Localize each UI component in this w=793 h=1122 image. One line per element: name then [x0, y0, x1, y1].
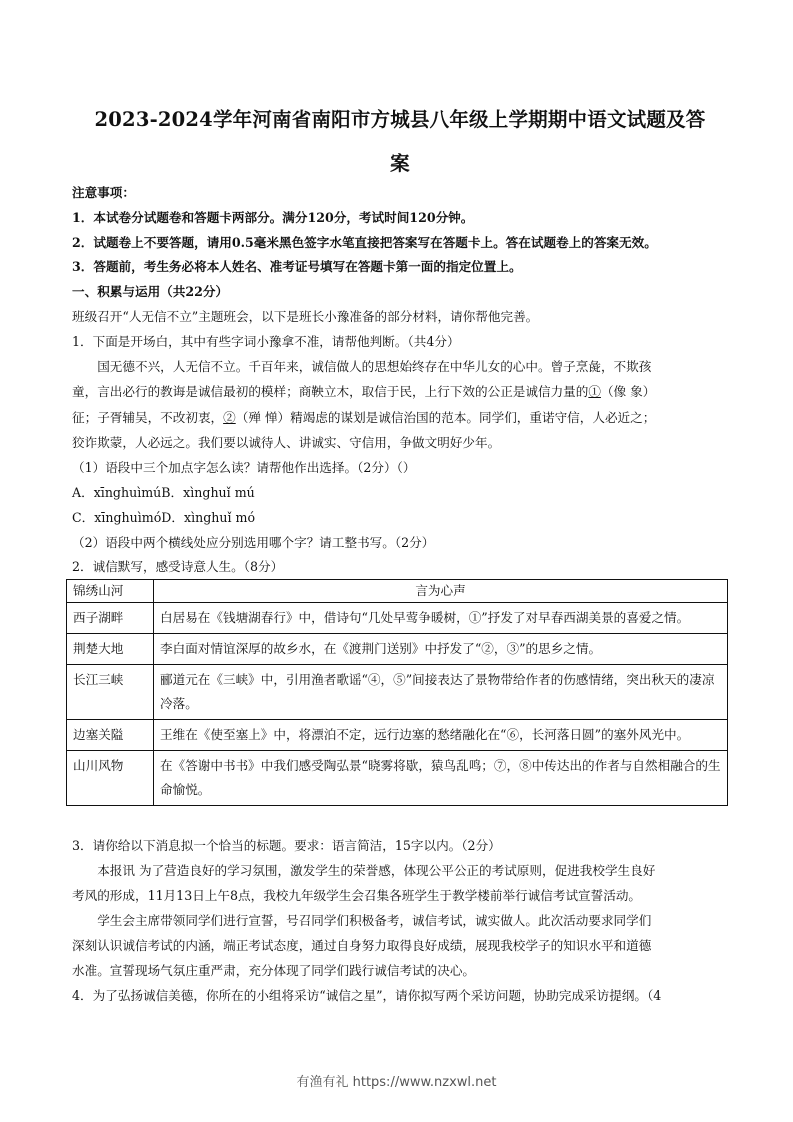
q1-passage-line-4: 狡诈欺蒙，人必远之。我们要以诚待人、讲诚实、守信用，争做文明好少年。: [72, 435, 732, 451]
q3-news-line-3: 学生会主席带领同学们进行宣誓，号召同学们积极备考，诚信考试，诚实做人。此次活动要…: [72, 913, 732, 929]
question-3-stem: 3．请你给以下消息拟一个恰当的标题。要求：语言简洁，15字以内。（2分）: [72, 838, 732, 854]
q1-passage-line-1: 国无德不兴，人无信不立。千百年来，诚信做人的思想始终存在中华儿女的心中。曾子烹彘…: [72, 359, 732, 375]
table-cell-place: 荆楚大地: [67, 634, 154, 665]
q1-options-ab: A．xīnghuìmúB．xìnghuǐ mú: [72, 485, 732, 501]
document-title-line1: 2023-2024学年河南省南阳市方城县八年级上学期期中语文试题及答: [60, 104, 740, 132]
table-row: 长江三峡 郦道元在《三峡》中，引用渔者歌谣“④，⑤”间接表达了景物带给作者的伤感…: [67, 665, 728, 720]
q1-passage-line-3-text: 征；子胥辅吴，不改初衷，: [72, 410, 223, 425]
notice-item-2: 2．试题卷上不要答题，请用0.5毫米黑色签字水笔直接把答案写在答题卡上。答在试题…: [72, 235, 732, 251]
document-title-line2: 案: [60, 148, 740, 176]
q1-passage-line-2: 童，言出必行的教诲是诚信最初的模样；商鞅立木，取信于民，上行下效的公正是诚信力量…: [72, 384, 732, 400]
section-heading: 一、积累与运用（共22分）: [72, 284, 732, 300]
table-cell-text: 郦道元在《三峡》中，引用渔者歌谣“④，⑤”间接表达了景物带给作者的伤感情绪，突出…: [154, 665, 728, 720]
section-intro: 班级召开“人无信不立”主题班会，以下是班长小豫准备的部分材料，请你帮他完善。: [72, 309, 732, 325]
table-cell-place: 西子湖畔: [67, 603, 154, 634]
table-cell-text: 李白面对情谊深厚的故乡水，在《渡荆门送别》中抒发了“②，③”的思乡之情。: [154, 634, 728, 665]
table-cell-place: 边塞关隘: [67, 720, 154, 751]
table-header-text: 言为心声: [154, 580, 728, 603]
blank-1: ①: [588, 384, 601, 399]
table-row: 边塞关隘 王维在《使至塞上》中，将漂泊不定，远行边塞的愁绪融化在“⑥，长河落日圆…: [67, 720, 728, 751]
table-row: 山川风物 在《答谢中书书》中我们感受陶弘景“晓雾将歇，猿鸟乱鸣；⑦，⑧中传达出的…: [67, 751, 728, 806]
question-2-stem: 2．诚信默写，感受诗意人生。（8分）: [72, 559, 732, 575]
table-row: 荆楚大地 李白面对情谊深厚的故乡水，在《渡荆门送别》中抒发了“②，③”的思乡之情…: [67, 634, 728, 665]
q1-passage-line-3: 征；子胥辅吴，不改初衷，②（殚 惮）精竭虑的谋划是诚信治国的范本。同学们，重诺守…: [72, 410, 732, 426]
q1-sub-question-2: （2）语段中两个横线处应分别选用哪个字？请工整书写。（2分）: [72, 535, 732, 551]
q1-options-cd: C．xīnghuìmóD．xìnghuǐ mó: [72, 510, 732, 526]
table-cell-text: 白居易在《钱塘湖春行》中，借诗句“几处早莺争暖树，①”抒发了对早春西湖美景的喜爱…: [154, 603, 728, 634]
table-row: 西子湖畔 白居易在《钱塘湖春行》中，借诗句“几处早莺争暖树，①”抒发了对早春西湖…: [67, 603, 728, 634]
footer-watermark: 有渔有礼 https://www.nzxwl.net: [0, 1071, 793, 1090]
q1-passage-line-2-text: 童，言出必行的教诲是诚信最初的模样；商鞅立木，取信于民，上行下效的公正是诚信力量…: [72, 384, 588, 399]
notice-item-3: 3．答题前，考生务必将本人姓名、准考证号填写在答题卡第一面的指定位置上。: [72, 259, 732, 275]
table-cell-place: 山川风物: [67, 751, 154, 806]
table-cell-text: 在《答谢中书书》中我们感受陶弘景“晓雾将歇，猿鸟乱鸣；⑦，⑧中传达出的作者与自然…: [154, 751, 728, 806]
blank-2: ②: [223, 410, 236, 425]
question-4-stem: 4．为了弘扬诚信美德，你所在的小组将采访“诚信之星”，请你拟写两个采访问题，协助…: [72, 988, 732, 1004]
table-header-row: 锦绣山河 言为心声: [67, 580, 728, 603]
exam-page: 2023-2024学年河南省南阳市方城县八年级上学期期中语文试题及答 案 注意事…: [0, 0, 793, 1122]
q3-news-line-5: 水准。宣誓现场气氛庄重严肃，充分体现了同学们践行诚信考试的决心。: [72, 963, 732, 979]
notice-heading: 注意事项：: [72, 185, 732, 201]
q3-news-line-2: 考风的形成，11月13日上午8点，我校九年级学生会召集各班学生于教学楼前举行诚信…: [72, 888, 732, 904]
table-cell-place: 长江三峡: [67, 665, 154, 720]
q1-sub-question-1: （1）语段中三个加点字怎么读？请帮他作出选择。（2分）（）: [72, 460, 732, 476]
q1-passage-line-3-rest: 精竭虑的谋划是诚信治国的范本。同学们，重诺守信，人必近之；: [290, 410, 655, 425]
blank-2-choices: （殚 惮）: [236, 410, 290, 425]
table-header-place: 锦绣山河: [67, 580, 154, 603]
q3-news-line-4: 深刻认识诚信考试的内涵，端正考试态度，通过自身努力取得良好成绩，展现我校学子的知…: [72, 938, 732, 954]
question-1-stem: 1．下面是开场白，其中有些字词小豫拿不准，请帮他判断。（共4分）: [72, 334, 732, 350]
blank-1-choices: （像 象）: [601, 384, 655, 399]
notice-item-1: 1．本试卷分试题卷和答题卡两部分。满分120分，考试时间120分钟。: [72, 210, 732, 226]
table-cell-text: 王维在《使至塞上》中，将漂泊不定，远行边塞的愁绪融化在“⑥，长河落日圆”的塞外风…: [154, 720, 728, 751]
q3-news-line-1: 本报讯 为了营造良好的学习氛围，激发学生的荣誉感，体现公平公正的考试原则，促进我…: [72, 863, 732, 879]
poem-dictation-table: 锦绣山河 言为心声 西子湖畔 白居易在《钱塘湖春行》中，借诗句“几处早莺争暖树，…: [66, 579, 728, 806]
